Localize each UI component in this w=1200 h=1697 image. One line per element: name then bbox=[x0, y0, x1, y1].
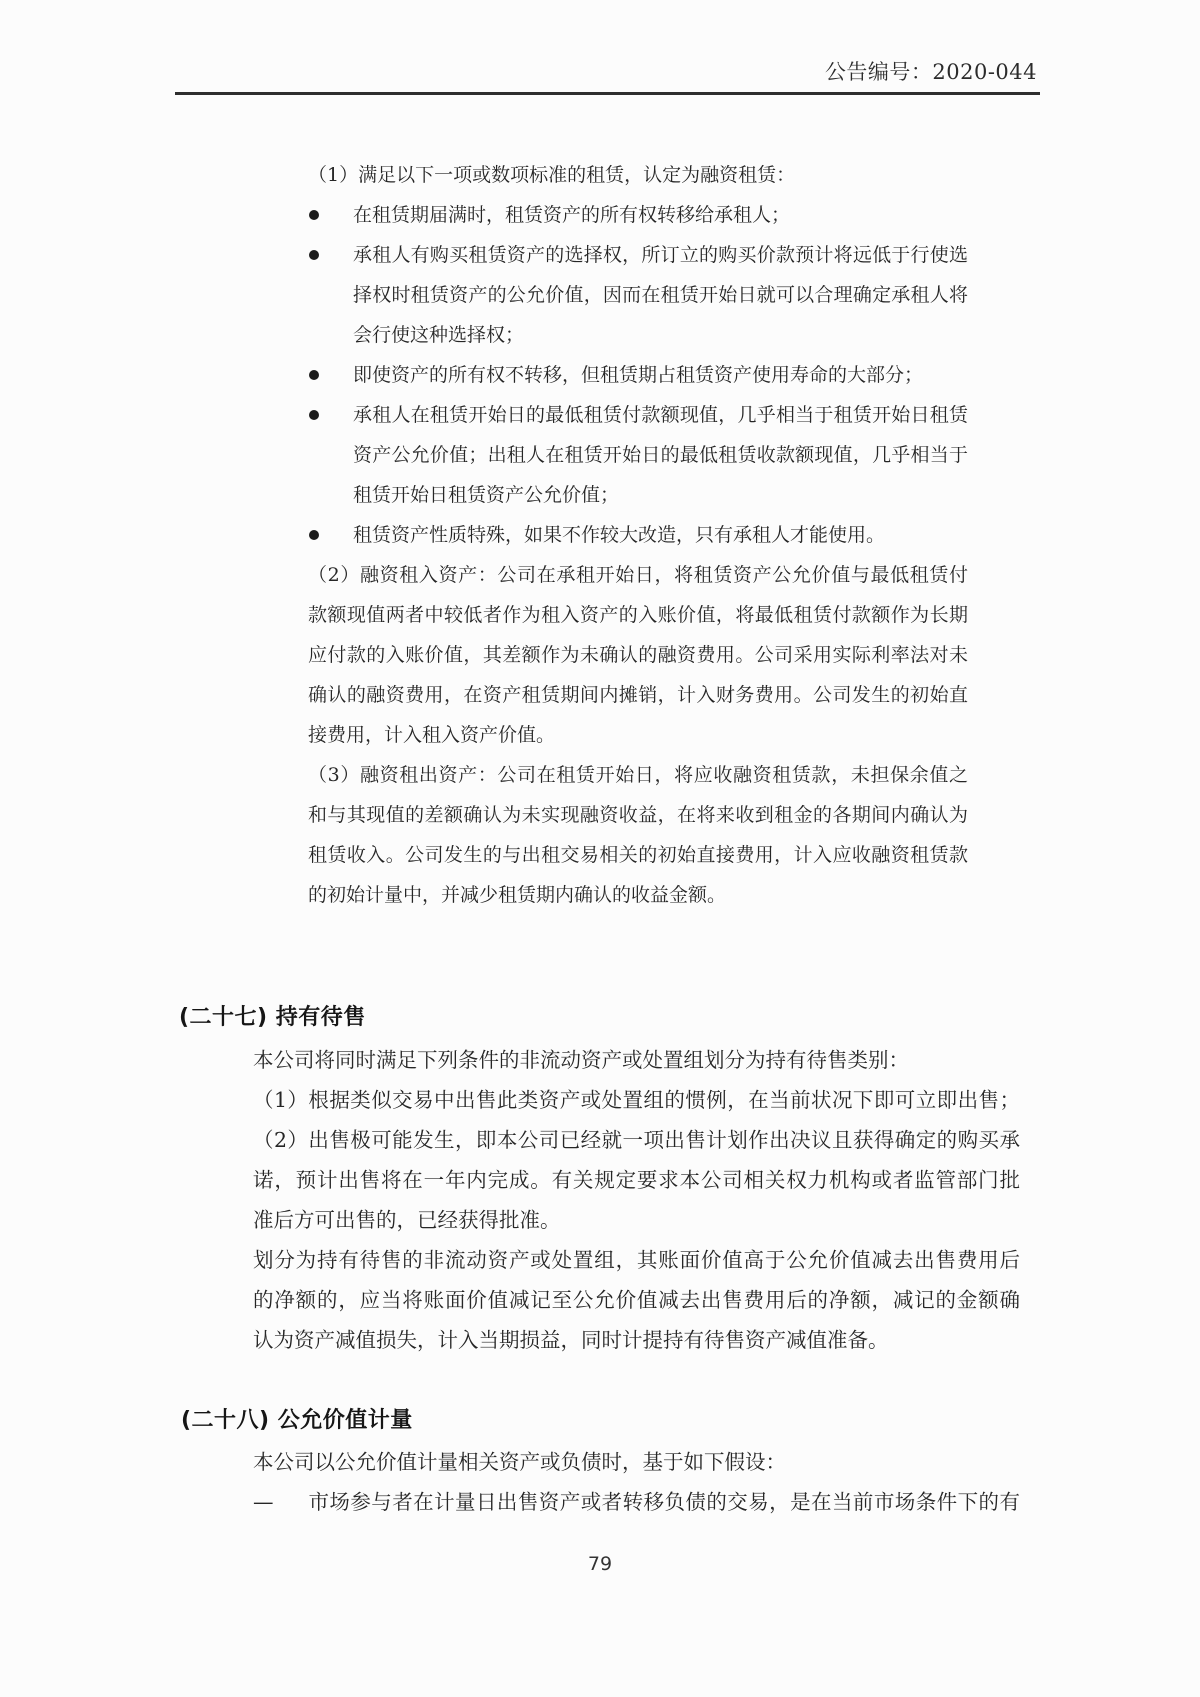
text-line: 租赁资产性质特殊，如果不作较大改造，只有承租人才能使用。 bbox=[308, 515, 968, 555]
line-text: 的净额的，应当将账面价值减记至公允价值减去出售费用后的净额，减记的金额确 bbox=[253, 1288, 1020, 1312]
text-line: （2）出售极可能发生，即本公司已经就一项出售计划作出决议且获得确定的购买承 bbox=[253, 1120, 1020, 1160]
text-line: 租赁开始日租赁资产公允价值； bbox=[308, 475, 968, 515]
bullet-icon bbox=[309, 410, 319, 420]
line-text: 市场参与者在计量日出售资产或者转移负债的交易，是在当前市场条件下的有 bbox=[308, 1490, 1020, 1514]
line-text: 确认的融资费用，在资产租赁期间内摊销，计入财务费用。公司发生的初始直 bbox=[308, 684, 968, 706]
line-text: 资产公允价值；出租人在租赁开始日的最低租赁收款额现值，几乎相当于 bbox=[353, 444, 968, 466]
text-line: 诺，预计出售将在一年内完成。有关规定要求本公司相关权力机构或者监管部门批 bbox=[253, 1160, 1020, 1200]
line-text: 择权时租赁资产的公允价值，因而在租赁开始日就可以合理确定承租人将 bbox=[353, 284, 968, 306]
bullet-icon bbox=[309, 210, 319, 220]
text-line: 会行使这种选择权； bbox=[308, 315, 968, 355]
bullet-icon bbox=[309, 370, 319, 380]
line-text: 的初始计量中，并减少租赁期内确认的收益金额。 bbox=[308, 884, 726, 906]
line-text: （1）根据类似交易中出售此类资产或处置组的惯例，在当前状况下即可立即出售； bbox=[253, 1088, 1020, 1112]
text-line: 认为资产减值损失，计入当期损益，同时计提持有待售资产减值准备。 bbox=[253, 1320, 1020, 1360]
section-28-heading: (二十八) 公允价值计量 bbox=[181, 1409, 413, 1433]
text-line: — 市场参与者在计量日出售资产或者转移负债的交易，是在当前市场条件下的有 bbox=[253, 1482, 1020, 1522]
line-text: （3）融资租出资产：公司在租赁开始日，将应收融资租赁款，未担保余值之 bbox=[308, 764, 968, 786]
finance-lease-criteria-section: （1）满足以下一项或数项标准的租赁，认定为融资租赁： 在租赁期届满时，租赁资产的… bbox=[308, 155, 968, 915]
text-line: 本公司将同时满足下列条件的非流动资产或处置组划分为持有待售类别： bbox=[253, 1040, 1020, 1080]
text-line: 择权时租赁资产的公允价值，因而在租赁开始日就可以合理确定承租人将 bbox=[308, 275, 968, 315]
document-page: 公告编号：2020-044 （1）满足以下一项或数项标准的租赁，认定为融资租赁：… bbox=[0, 0, 1200, 1697]
line-text: 认为资产减值损失，计入当期损益，同时计提持有待售资产减值准备。 bbox=[253, 1328, 889, 1352]
text-line: （2）融资租入资产：公司在承租开始日，将租赁资产公允价值与最低租赁付 bbox=[308, 555, 968, 595]
dash-marker: — bbox=[253, 1490, 274, 1514]
line-text: 即使资产的所有权不转移，但租赁期占租赁资产使用寿命的大部分； bbox=[353, 364, 923, 386]
text-line: 资产公允价值；出租人在租赁开始日的最低租赁收款额现值，几乎相当于 bbox=[308, 435, 968, 475]
text-line: （3）融资租出资产：公司在租赁开始日，将应收融资租赁款，未担保余值之 bbox=[308, 755, 968, 795]
text-line: 的初始计量中，并减少租赁期内确认的收益金额。 bbox=[308, 875, 968, 915]
page-number: 79 bbox=[0, 1552, 1200, 1576]
text-line: 本公司以公允价值计量相关资产或负债时，基于如下假设： bbox=[253, 1442, 1020, 1482]
text-line: 即使资产的所有权不转移，但租赁期占租赁资产使用寿命的大部分； bbox=[308, 355, 968, 395]
line-text: 在租赁期届满时，租赁资产的所有权转移给承租人； bbox=[353, 204, 790, 226]
held-for-sale-section: 本公司将同时满足下列条件的非流动资产或处置组划分为持有待售类别： （1）根据类似… bbox=[253, 1040, 1020, 1360]
line-text: 本公司以公允价值计量相关资产或负债时，基于如下假设： bbox=[253, 1450, 786, 1474]
line-text: （2）出售极可能发生，即本公司已经就一项出售计划作出决议且获得确定的购买承 bbox=[253, 1128, 1020, 1152]
line-text: 准后方可出售的，已经获得批准。 bbox=[253, 1208, 561, 1232]
line-text: 接费用，计入租入资产价值。 bbox=[308, 724, 555, 746]
line-text: （1）满足以下一项或数项标准的租赁，认定为融资租赁： bbox=[308, 164, 795, 186]
line-text: 应付款的入账价值，其差额作为未确认的融资费用。公司采用实际利率法对未 bbox=[308, 644, 968, 666]
text-line: 准后方可出售的，已经获得批准。 bbox=[253, 1200, 1020, 1240]
line-text: 诺，预计出售将在一年内完成。有关规定要求本公司相关权力机构或者监管部门批 bbox=[253, 1168, 1020, 1192]
fair-value-section: 本公司以公允价值计量相关资产或负债时，基于如下假设： — 市场参与者在计量日出售… bbox=[253, 1442, 1020, 1522]
text-line: 和与其现值的差额确认为未实现融资收益，在将来收到租金的各期间内确认为 bbox=[308, 795, 968, 835]
text-line: 划分为持有待售的非流动资产或处置组，其账面价值高于公允价值减去出售费用后 bbox=[253, 1240, 1020, 1280]
line-text: 和与其现值的差额确认为未实现融资收益，在将来收到租金的各期间内确认为 bbox=[308, 804, 968, 826]
text-line: 应付款的入账价值，其差额作为未确认的融资费用。公司采用实际利率法对未 bbox=[308, 635, 968, 675]
text-line: 确认的融资费用，在资产租赁期间内摊销，计入财务费用。公司发生的初始直 bbox=[308, 675, 968, 715]
section-27-heading: (二十七) 持有待售 bbox=[179, 1006, 366, 1030]
line-text: 承租人在租赁开始日的最低租赁付款额现值，几乎相当于租赁开始日租赁 bbox=[353, 404, 968, 426]
text-line: 接费用，计入租入资产价值。 bbox=[308, 715, 968, 755]
text-line: （1）根据类似交易中出售此类资产或处置组的惯例，在当前状况下即可立即出售； bbox=[253, 1080, 1020, 1120]
line-text: （2）融资租入资产：公司在承租开始日，将租赁资产公允价值与最低租赁付 bbox=[308, 564, 968, 586]
text-line: （1）满足以下一项或数项标准的租赁，认定为融资租赁： bbox=[308, 155, 968, 195]
line-text: 租赁资产性质特殊，如果不作较大改造，只有承租人才能使用。 bbox=[353, 524, 885, 546]
line-text: 划分为持有待售的非流动资产或处置组，其账面价值高于公允价值减去出售费用后 bbox=[253, 1248, 1020, 1272]
line-text: 款额现值两者中较低者作为租入资产的入账价值，将最低租赁付款额作为长期 bbox=[308, 604, 968, 626]
line-text: 本公司将同时满足下列条件的非流动资产或处置组划分为持有待售类别： bbox=[253, 1048, 909, 1072]
text-line: 租赁收入。公司发生的与出租交易相关的初始直接费用，计入应收融资租赁款 bbox=[308, 835, 968, 875]
text-line: 承租人在租赁开始日的最低租赁付款额现值，几乎相当于租赁开始日租赁 bbox=[308, 395, 968, 435]
line-text: 承租人有购买租赁资产的选择权，所订立的购买价款预计将远低于行使选 bbox=[353, 244, 968, 266]
bullet-icon bbox=[309, 250, 319, 260]
text-line: 承租人有购买租赁资产的选择权，所订立的购买价款预计将远低于行使选 bbox=[308, 235, 968, 275]
text-line: 款额现值两者中较低者作为租入资产的入账价值，将最低租赁付款额作为长期 bbox=[308, 595, 968, 635]
line-text: 租赁收入。公司发生的与出租交易相关的初始直接费用，计入应收融资租赁款 bbox=[308, 844, 968, 866]
line-text: 租赁开始日租赁资产公允价值； bbox=[353, 484, 619, 506]
bullet-icon bbox=[309, 530, 319, 540]
notice-number: 公告编号：2020-044 bbox=[825, 59, 1037, 85]
text-line: 的净额的，应当将账面价值减记至公允价值减去出售费用后的净额，减记的金额确 bbox=[253, 1280, 1020, 1320]
header-rule bbox=[175, 92, 1040, 95]
text-line: 在租赁期届满时，租赁资产的所有权转移给承租人； bbox=[308, 195, 968, 235]
line-text: 会行使这种选择权； bbox=[353, 324, 524, 346]
